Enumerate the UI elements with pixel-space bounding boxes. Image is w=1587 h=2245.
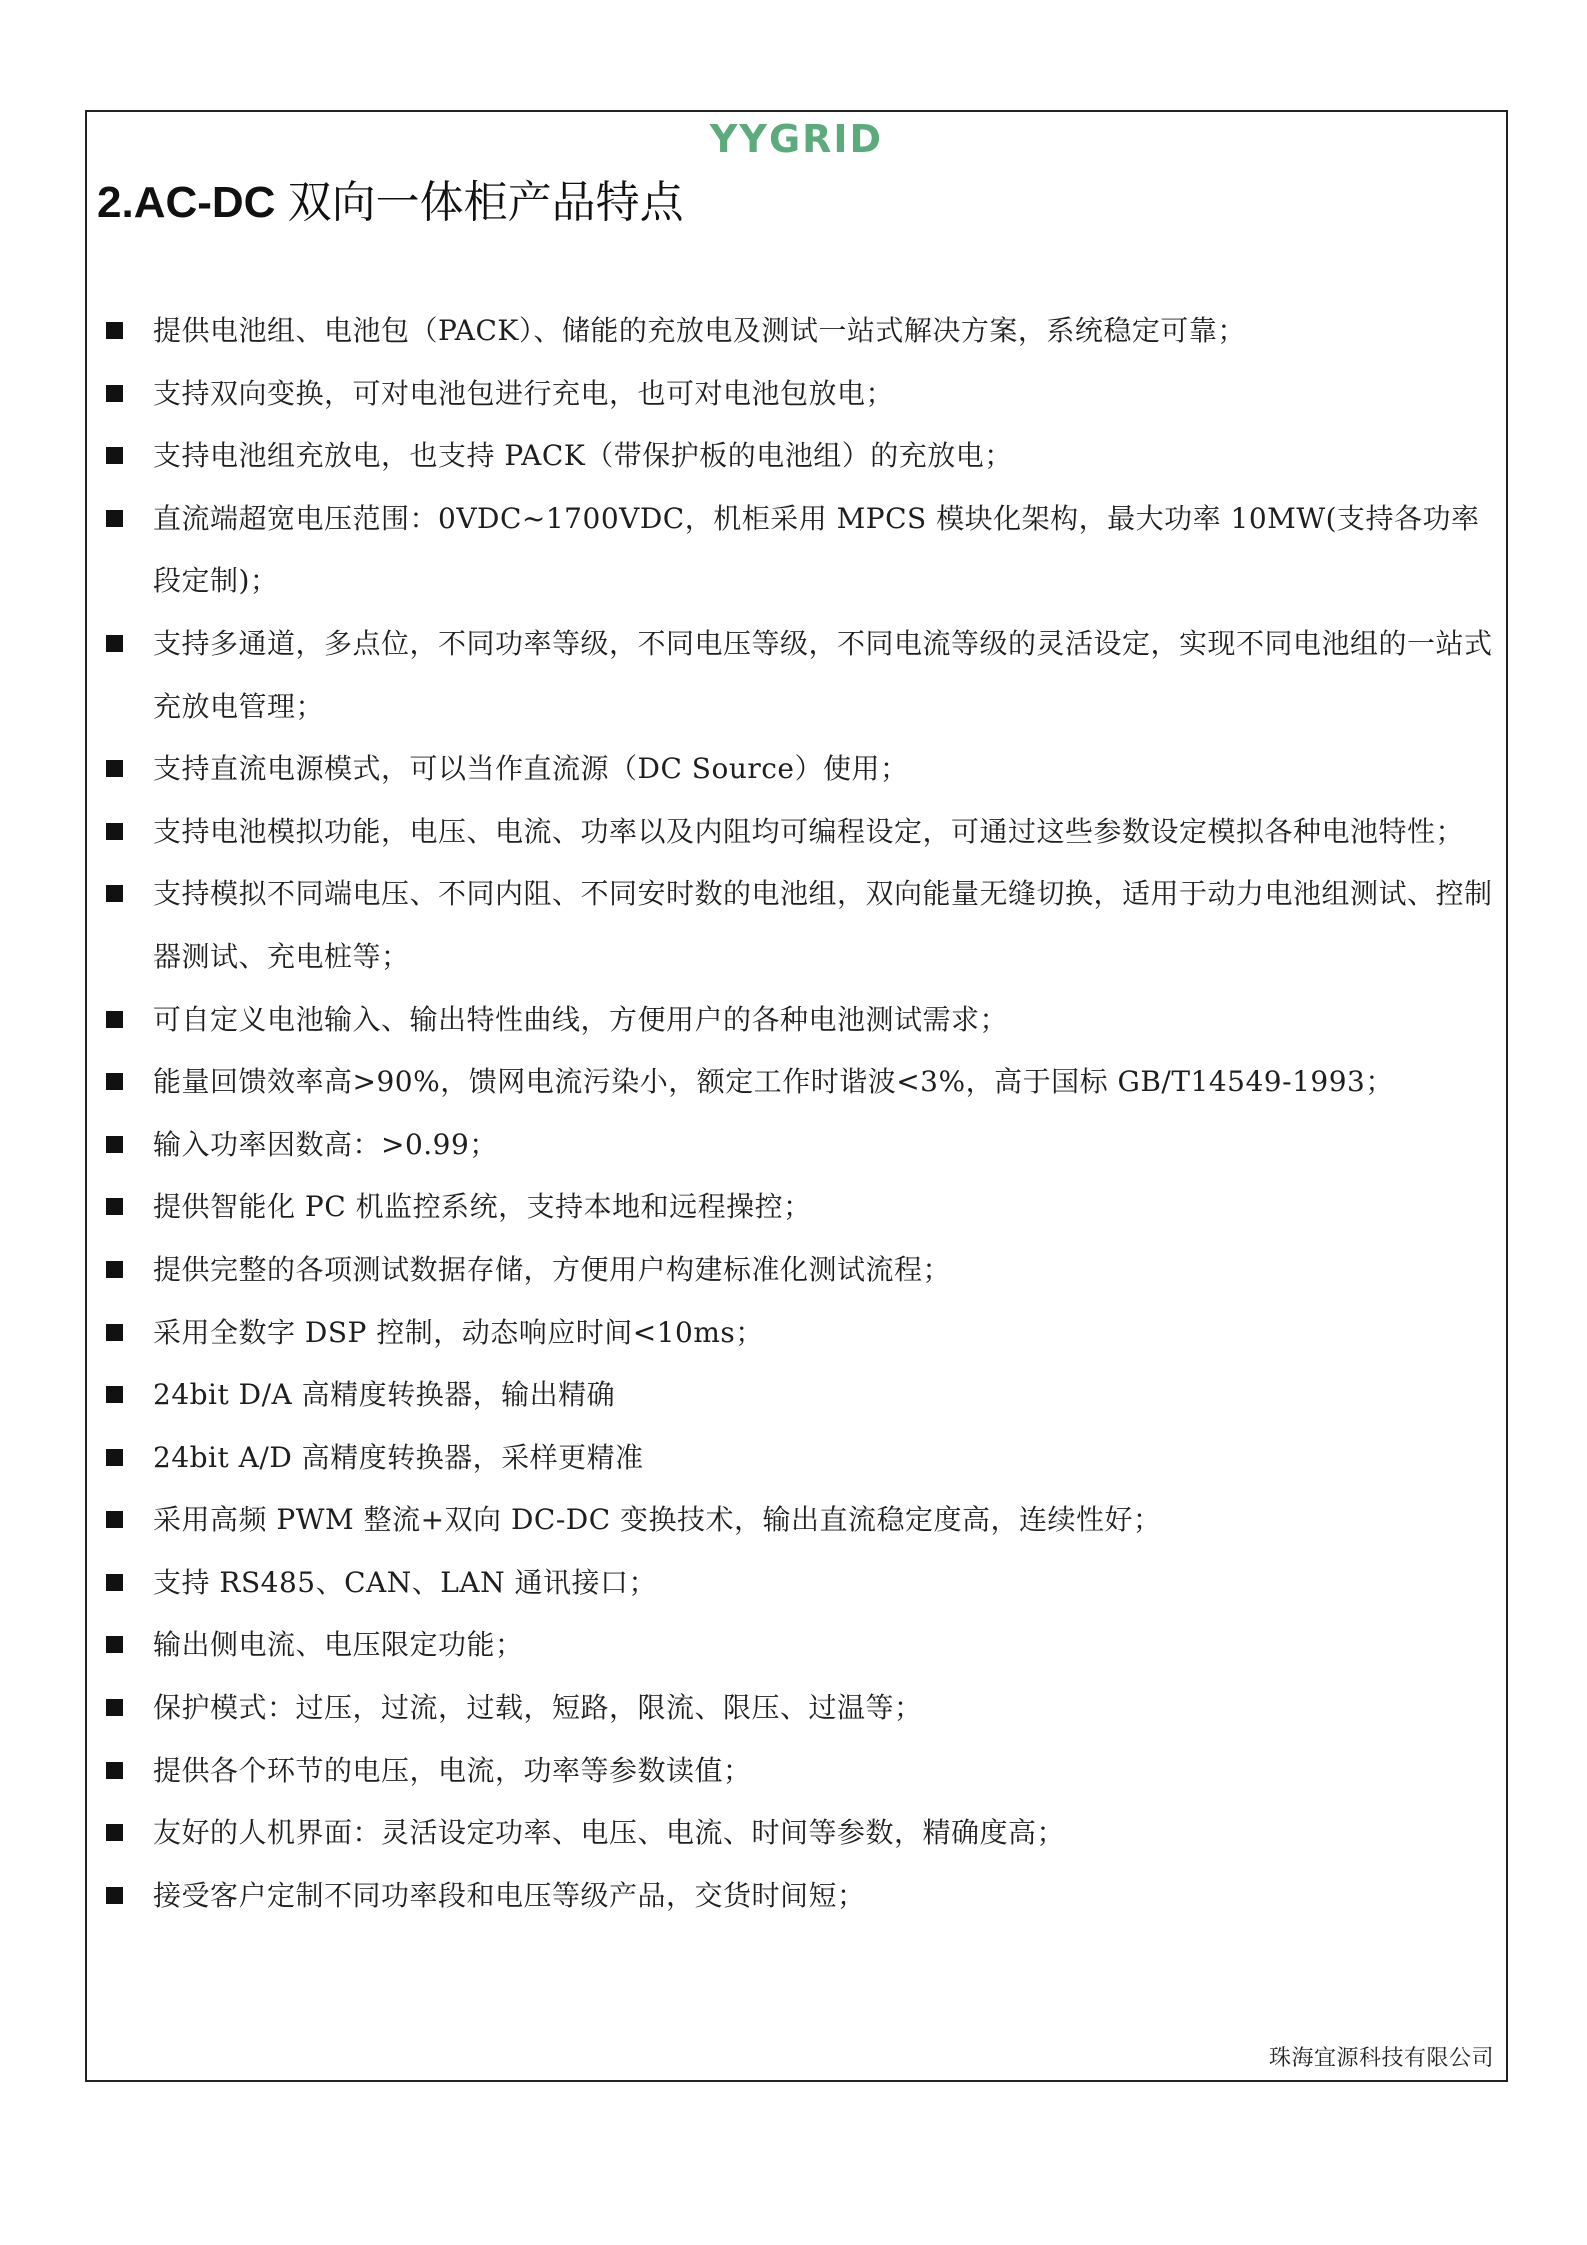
feature-item: 支持模拟不同端电压、不同内阻、不同安时数的电池组，双向能量无缝切换，适用于动力电… [97, 863, 1497, 988]
feature-text: 提供电池组、电池包（PACK）、储能的充放电及测试一站式解决方案，系统稳定可靠； [153, 314, 1246, 347]
feature-text: 输入功率因数高：>0.99； [153, 1128, 498, 1161]
feature-item: 接受客户定制不同功率段和电压等级产品，交货时间短； [97, 1865, 1497, 1928]
page-title: 2.AC-DC 双向一体柜产品特点 [97, 177, 684, 230]
square-bullet-icon [106, 1511, 123, 1528]
feature-item: 提供完整的各项测试数据存储，方便用户构建标准化测试流程； [97, 1239, 1497, 1302]
feature-item: 输出侧电流、电压限定功能； [97, 1614, 1497, 1677]
square-bullet-icon [106, 1699, 123, 1716]
square-bullet-icon [106, 635, 123, 652]
feature-text: 支持电池模拟功能，电压、电流、功率以及内阻均可编程设定，可通过这些参数设定模拟各… [153, 815, 1464, 848]
feature-text: 可自定义电池输入、输出特性曲线，方便用户的各种电池测试需求； [153, 1003, 1008, 1036]
square-bullet-icon [106, 1073, 123, 1090]
square-bullet-icon [106, 885, 123, 902]
feature-item: 采用全数字 DSP 控制，动态响应时间<10ms； [97, 1302, 1497, 1365]
feature-item: 友好的人机界面：灵活设定功率、电压、电流、时间等参数，精确度高； [97, 1802, 1497, 1865]
square-bullet-icon [106, 1887, 123, 1904]
feature-text: 支持多通道，多点位，不同功率等级，不同电压等级，不同电流等级的灵活设定，实现不同… [153, 627, 1493, 723]
footer-company-name: 珠海宜源科技有限公司 [1269, 2041, 1494, 2072]
square-bullet-icon [106, 1824, 123, 1841]
feature-item: 能量回馈效率高>90%，馈网电流污染小，额定工作时谐波<3%，高于国标 GB/T… [97, 1051, 1497, 1114]
feature-list: 提供电池组、电池包（PACK）、储能的充放电及测试一站式解决方案，系统稳定可靠；… [97, 300, 1497, 1927]
feature-item: 24bit A/D 高精度转换器，采样更精准 [97, 1427, 1497, 1490]
feature-item: 支持电池组充放电，也支持 PACK（带保护板的电池组）的充放电； [97, 425, 1497, 488]
page-frame: YYGRID 2.AC-DC 双向一体柜产品特点 提供电池组、电池包（PACK）… [85, 110, 1508, 2082]
feature-text: 24bit D/A 高精度转换器，输出精确 [153, 1378, 615, 1411]
feature-text: 输出侧电流、电压限定功能； [153, 1628, 524, 1661]
yygrid-logo: YYGRID [87, 120, 1506, 158]
square-bullet-icon [106, 322, 123, 339]
square-bullet-icon [106, 1574, 123, 1591]
feature-item: 支持电池模拟功能，电压、电流、功率以及内阻均可编程设定，可通过这些参数设定模拟各… [97, 801, 1497, 864]
feature-item: 保护模式：过压，过流，过载，短路，限流、限压、过温等； [97, 1677, 1497, 1740]
feature-item: 支持双向变换，可对电池包进行充电，也可对电池包放电； [97, 363, 1497, 426]
square-bullet-icon [106, 823, 123, 840]
feature-item: 采用高频 PWM 整流+双向 DC-DC 变换技术，输出直流稳定度高，连续性好； [97, 1489, 1497, 1552]
feature-item: 支持直流电源模式，可以当作直流源（DC Source）使用； [97, 738, 1497, 801]
square-bullet-icon [106, 1636, 123, 1653]
feature-text: 支持直流电源模式，可以当作直流源（DC Source）使用； [153, 752, 909, 785]
feature-item: 直流端超宽电压范围：0VDC~1700VDC，机柜采用 MPCS 模块化架构，最… [97, 488, 1497, 613]
feature-item: 提供智能化 PC 机监控系统，支持本地和远程操控； [97, 1176, 1497, 1239]
feature-text: 友好的人机界面：灵活设定功率、电压、电流、时间等参数，精确度高； [153, 1816, 1065, 1849]
feature-item: 输入功率因数高：>0.99； [97, 1114, 1497, 1177]
title-text: 双向一体柜产品特点 [275, 178, 683, 227]
feature-item: 支持 RS485、CAN、LAN 通讯接口； [97, 1552, 1497, 1615]
feature-text: 采用全数字 DSP 控制，动态响应时间<10ms； [153, 1316, 764, 1349]
feature-text: 直流端超宽电压范围：0VDC~1700VDC，机柜采用 MPCS 模块化架构，最… [153, 502, 1480, 598]
feature-text: 提供完整的各项测试数据存储，方便用户构建标准化测试流程； [153, 1253, 951, 1286]
feature-text: 支持电池组充放电，也支持 PACK（带保护板的电池组）的充放电； [153, 439, 1013, 472]
square-bullet-icon [106, 1136, 123, 1153]
square-bullet-icon [106, 760, 123, 777]
feature-text: 采用高频 PWM 整流+双向 DC-DC 变换技术，输出直流稳定度高，连续性好； [153, 1503, 1162, 1536]
square-bullet-icon [106, 1011, 123, 1028]
feature-text: 支持双向变换，可对电池包进行充电，也可对电池包放电； [153, 377, 894, 410]
square-bullet-icon [106, 447, 123, 464]
feature-text: 保护模式：过压，过流，过载，短路，限流、限压、过温等； [153, 1691, 923, 1724]
feature-item: 提供电池组、电池包（PACK）、储能的充放电及测试一站式解决方案，系统稳定可靠； [97, 300, 1497, 363]
feature-item: 24bit D/A 高精度转换器，输出精确 [97, 1364, 1497, 1427]
square-bullet-icon [106, 1449, 123, 1466]
feature-text: 支持模拟不同端电压、不同内阻、不同安时数的电池组，双向能量无缝切换，适用于动力电… [153, 877, 1493, 973]
feature-item: 支持多通道，多点位，不同功率等级，不同电压等级，不同电流等级的灵活设定，实现不同… [97, 613, 1497, 738]
feature-text: 24bit A/D 高精度转换器，采样更精准 [153, 1441, 644, 1474]
feature-text: 提供各个环节的电压，电流，功率等参数读值； [153, 1754, 752, 1787]
feature-text: 能量回馈效率高>90%，馈网电流污染小，额定工作时谐波<3%，高于国标 GB/T… [153, 1065, 1394, 1098]
square-bullet-icon [106, 1261, 123, 1278]
square-bullet-icon [106, 1762, 123, 1779]
feature-text: 支持 RS485、CAN、LAN 通讯接口； [153, 1566, 657, 1599]
square-bullet-icon [106, 510, 123, 527]
feature-text: 接受客户定制不同功率段和电压等级产品，交货时间短； [153, 1879, 866, 1912]
square-bullet-icon [106, 1198, 123, 1215]
square-bullet-icon [106, 1386, 123, 1403]
square-bullet-icon [106, 1324, 123, 1341]
feature-item: 提供各个环节的电压，电流，功率等参数读值； [97, 1740, 1497, 1803]
square-bullet-icon [106, 385, 123, 402]
feature-item: 可自定义电池输入、输出特性曲线，方便用户的各种电池测试需求； [97, 989, 1497, 1052]
title-number-prefix: 2.AC-DC [97, 178, 275, 227]
feature-text: 提供智能化 PC 机监控系统，支持本地和远程操控； [153, 1190, 812, 1223]
